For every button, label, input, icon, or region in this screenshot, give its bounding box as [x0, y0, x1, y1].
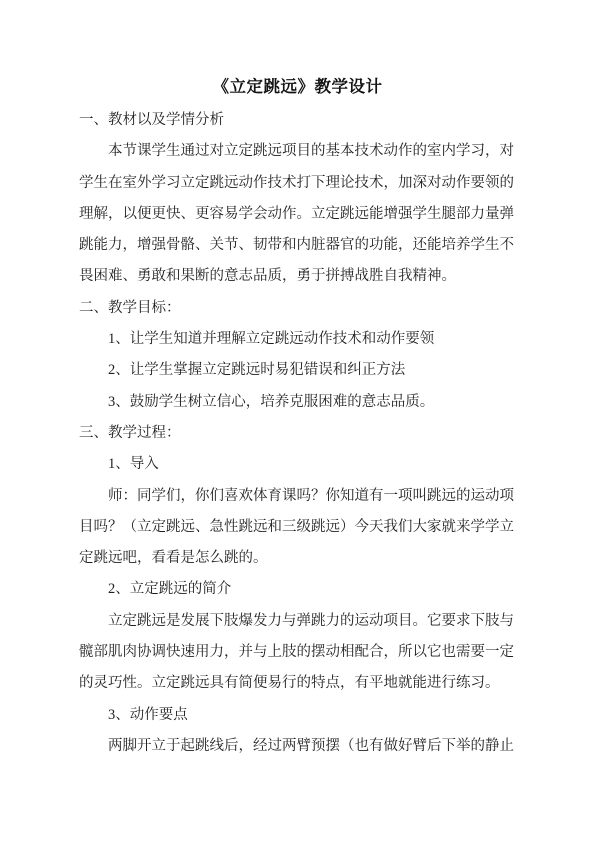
- section-heading: 三、教学过程：: [79, 418, 513, 449]
- text-line: 畏困难、勇敢和果断的意志品质，勇于拼搏战胜自我精神。: [79, 261, 513, 292]
- section-heading: 一、教材以及学情分析: [79, 105, 513, 136]
- list-item: 3、动作要点: [79, 700, 513, 731]
- text-line: 本节课学生通过对立定跳远项目的基本技术动作的室内学习，对: [79, 136, 513, 167]
- section-heading: 二、教学目标：: [79, 293, 513, 324]
- text-line: 的灵巧性。立定跳远具有简便易行的特点，有平地就能进行练习。: [79, 668, 513, 699]
- text-line: 师：同学们，你们喜欢体育课吗？你知道有一项叫跳远的运动项: [79, 481, 513, 512]
- text-line: 目吗？（立定跳远、急性跳远和三级跳远）今天我们大家就来学学立: [79, 512, 513, 543]
- text-line: 学生在室外学习立定跳远动作技术打下理论技术，加深对动作要领的: [79, 168, 513, 199]
- list-item: 1、导入: [79, 449, 513, 480]
- document-body: 一、教材以及学情分析 本节课学生通过对立定跳远项目的基本技术动作的室内学习，对 …: [79, 105, 513, 762]
- text-line: 两脚开立于起跳线后，经过两臂预摆（也有做好臂后下举的静止: [79, 731, 513, 762]
- text-line: 髋部肌肉协调快速用力，并与上肢的摆动相配合，所以它也需要一定: [79, 637, 513, 668]
- list-item: 2、立定跳远的简介: [79, 574, 513, 605]
- document-page: 《立定跳远》教学设计 一、教材以及学情分析 本节课学生通过对立定跳远项目的基本技…: [0, 0, 595, 842]
- list-item: 2、让学生掌握立定跳远时易犯错误和纠正方法: [79, 355, 513, 386]
- text-line: 理解，以便更快、更容易学会动作。立定跳远能增强学生腿部力量弹: [79, 199, 513, 230]
- document-title: 《立定跳远》教学设计: [0, 72, 595, 102]
- text-line: 跳能力，增强骨骼、关节、韧带和内脏器官的功能，还能培养学生不: [79, 230, 513, 261]
- text-line: 定跳远吧，看看是怎么跳的。: [79, 543, 513, 574]
- list-item: 1、让学生知道并理解立定跳远动作技术和动作要领: [79, 324, 513, 355]
- list-item: 3、鼓励学生树立信心，培养克服困难的意志品质。: [79, 387, 513, 418]
- text-line: 立定跳远是发展下肢爆发力与弹跳力的运动项目。它要求下肢与: [79, 606, 513, 637]
